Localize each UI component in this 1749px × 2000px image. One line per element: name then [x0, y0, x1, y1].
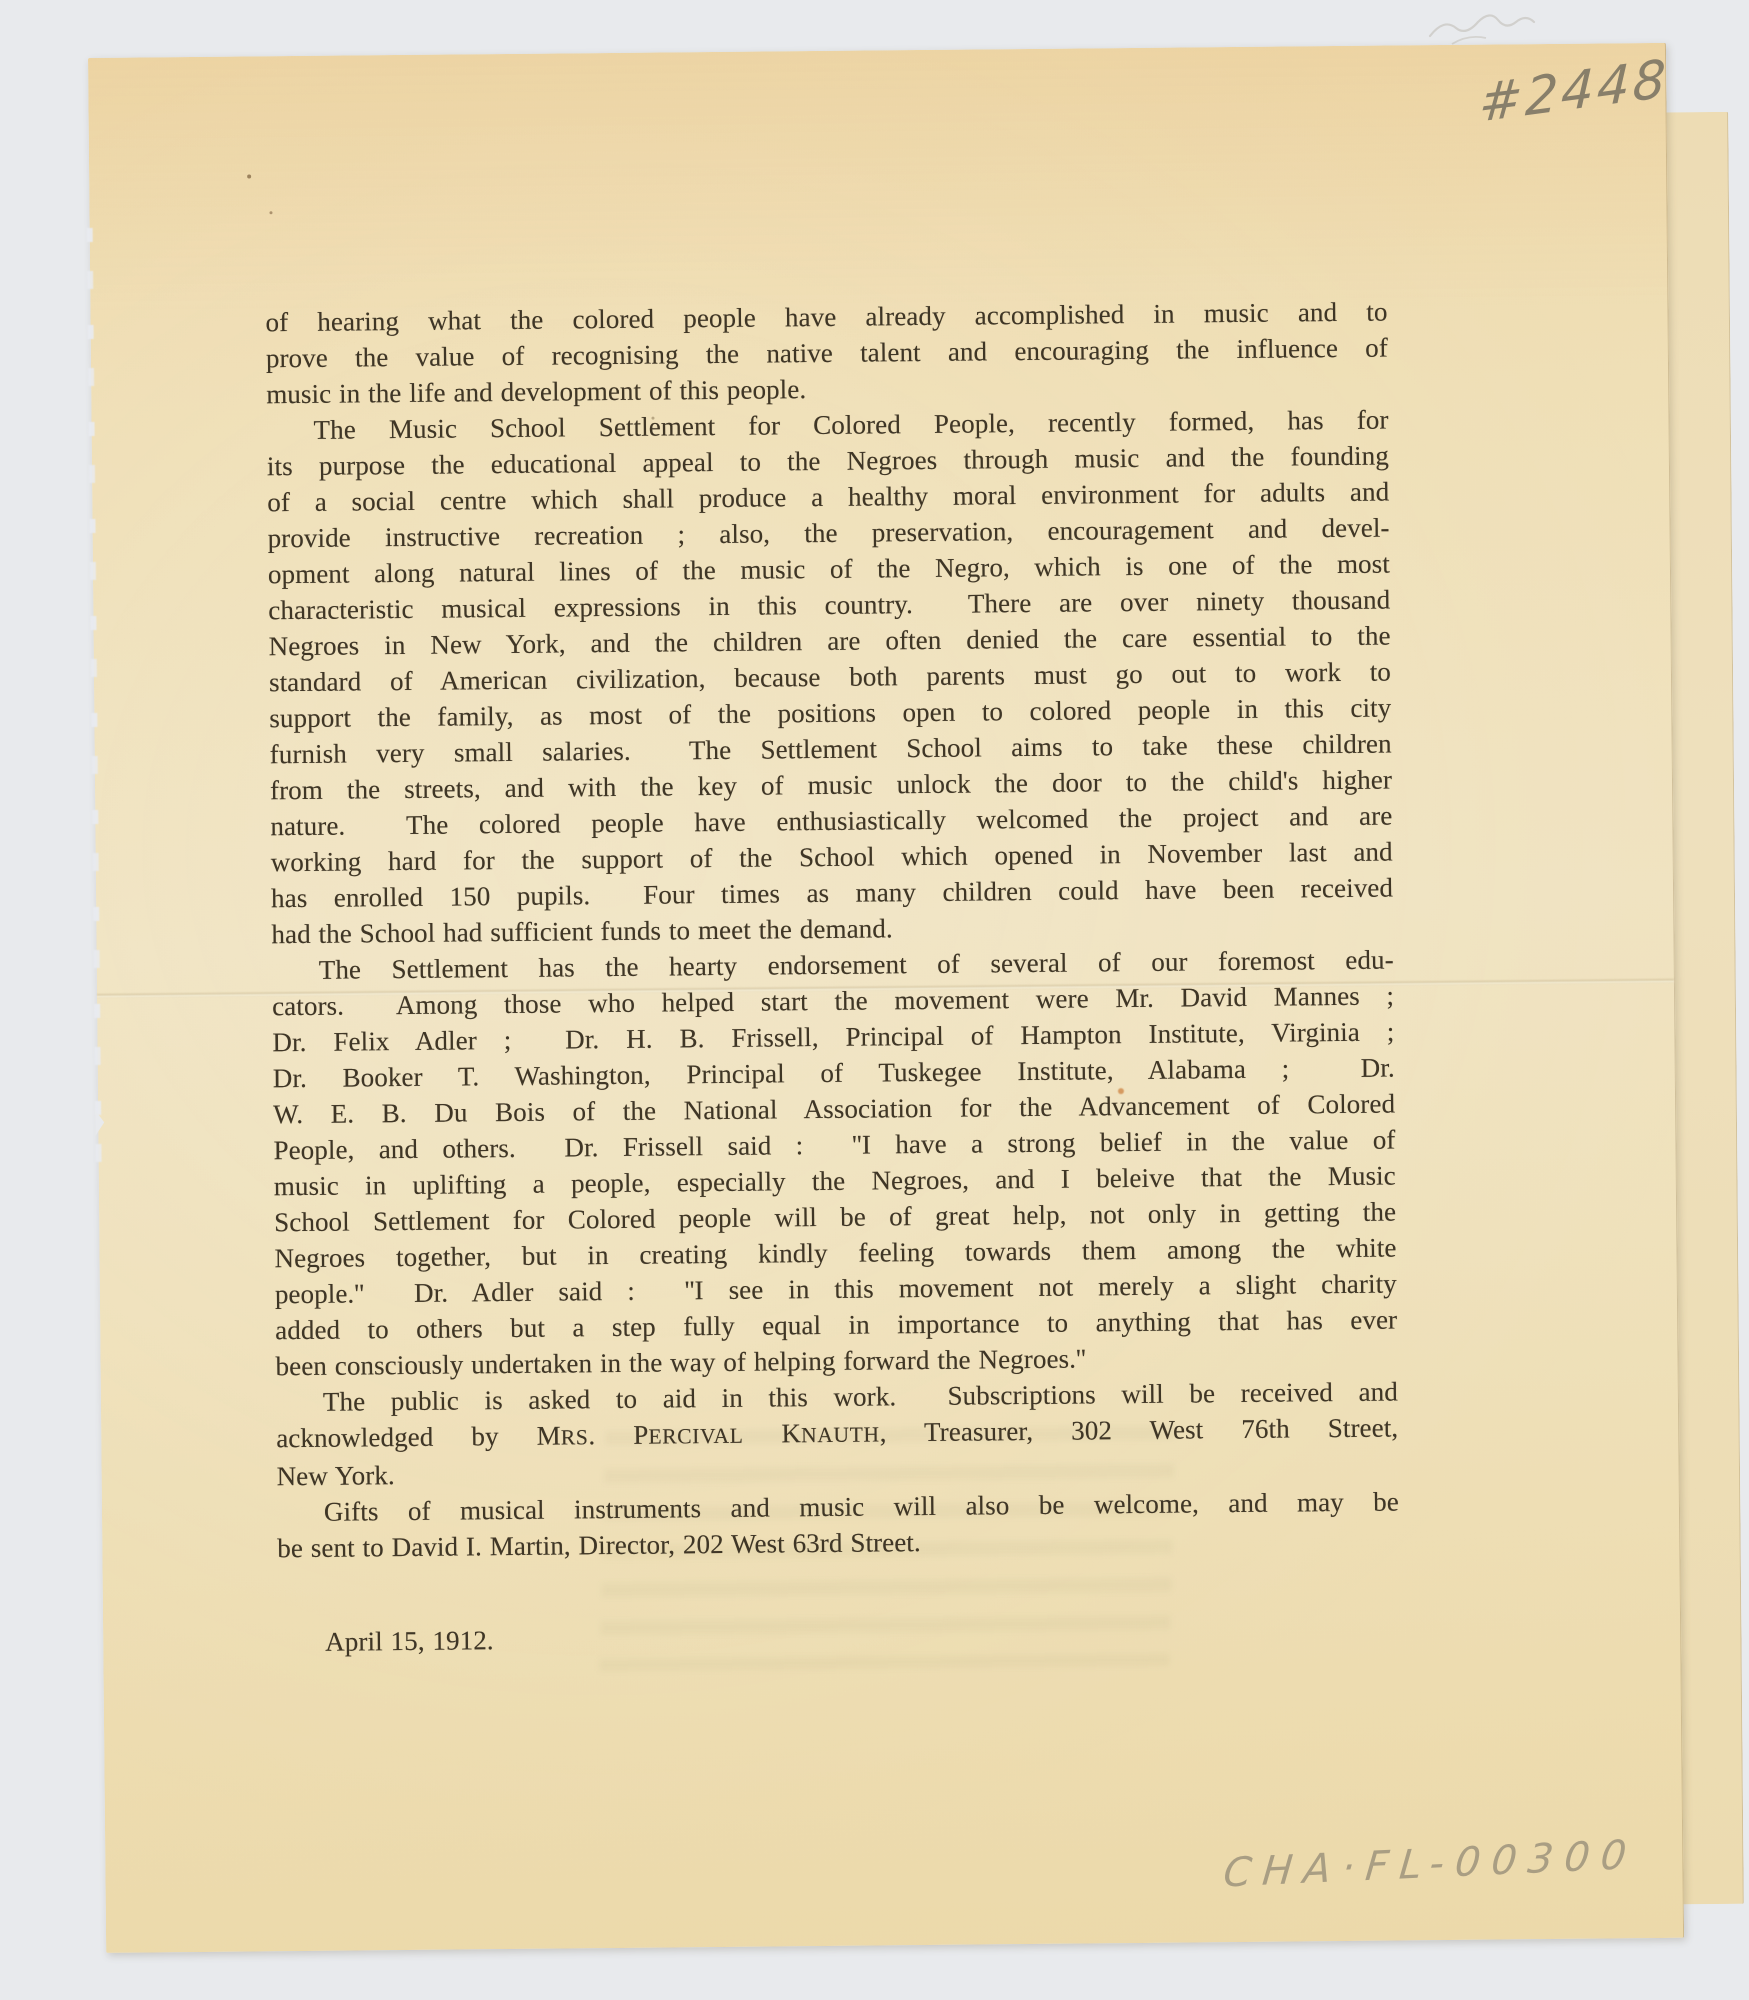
accession-number-annotation: CHA·FL-00300 [1221, 1832, 1639, 1897]
document-text: of hearing what the colored people have … [265, 294, 1399, 1567]
paper-speck [247, 174, 251, 178]
paper-speck [269, 211, 272, 214]
torn-left-edge [87, 228, 102, 1168]
scan-background: #2448 of hearing what the colored people… [0, 0, 1749, 2000]
printed-text-block: of hearing what the colored people have … [265, 294, 1400, 1661]
document-page: #2448 of hearing what the colored people… [88, 43, 1684, 1953]
catalog-number-annotation: #2448 [1478, 49, 1670, 135]
date-line: April 15, 1912. [278, 1613, 1400, 1660]
